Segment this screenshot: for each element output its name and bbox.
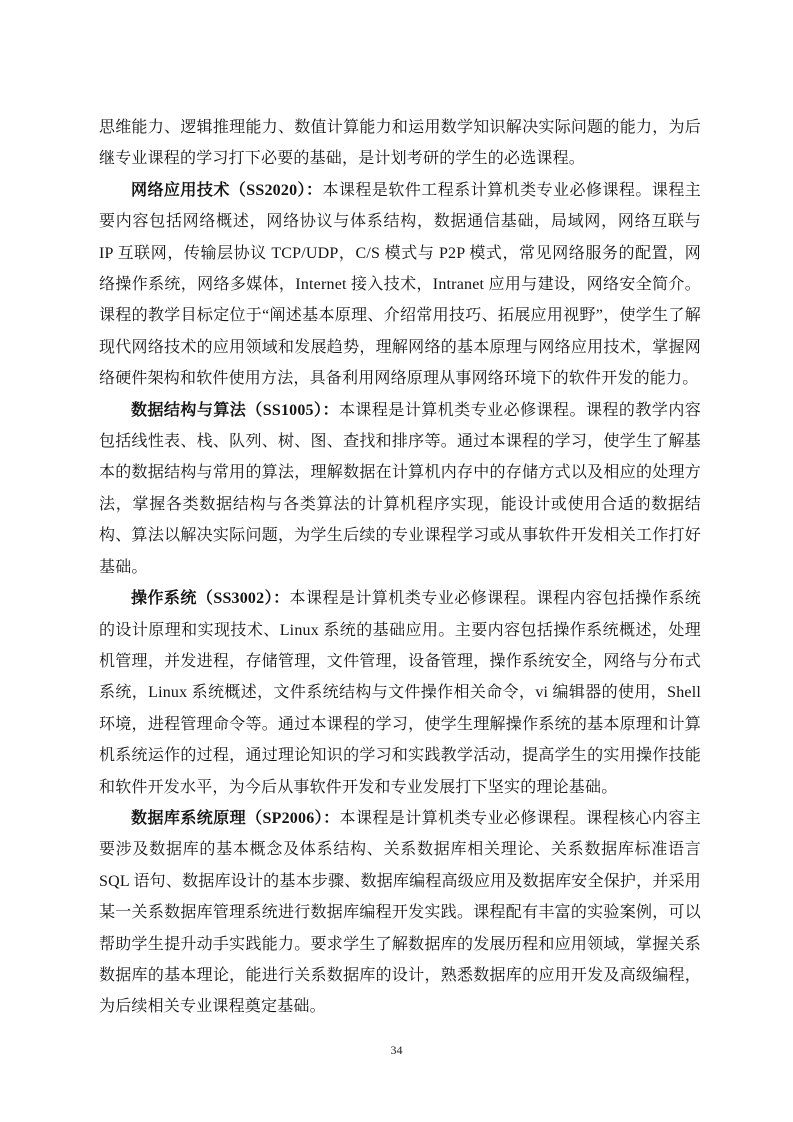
page-number: 34 [0, 1041, 793, 1059]
course-paragraph-network-applications: 网络应用技术（SS2020）：本课程是软件工程系计算机类专业必修课程。课程主要内… [99, 175, 701, 395]
paragraph-text: 思维能力、逻辑推理能力、数值计算能力和运用数学知识解决实际问题的能力，为后继专业… [99, 119, 701, 167]
course-description: 本课程是计算机类专业必修课程。课程的教学内容包括线性表、栈、队列、树、图、查找和… [99, 402, 701, 576]
course-title: 数据结构与算法（SS1005）： [131, 402, 339, 419]
document-body: 思维能力、逻辑推理能力、数值计算能力和运用数学知识解决实际问题的能力，为后继专业… [99, 112, 701, 1023]
course-paragraph-database-systems: 数据库系统原理（SP2006）：本课程是计算机类专业必修课程。课程核心内容主要涉… [99, 803, 701, 1023]
course-paragraph-data-structures: 数据结构与算法（SS1005）：本课程是计算机类专业必修课程。课程的教学内容包括… [99, 395, 701, 583]
course-paragraph-operating-systems: 操作系统（SS3002）：本课程是计算机类专业必修课程。课程内容包括操作系统的设… [99, 583, 701, 803]
course-title: 操作系统（SS3002）： [131, 590, 290, 607]
course-description: 本课程是计算机类专业必修课程。课程核心内容主要涉及数据库的基本概念及体系结构、关… [99, 810, 701, 1015]
course-description: 本课程是软件工程系计算机类专业必修课程。课程主要内容包括网络概述，网络协议与体系… [99, 182, 701, 387]
course-description: 本课程是计算机类专业必修课程。课程内容包括操作系统的设计原理和实现技术、Linu… [99, 590, 701, 795]
document-page: 思维能力、逻辑推理能力、数值计算能力和运用数学知识解决实际问题的能力，为后继专业… [0, 0, 793, 1122]
course-title: 数据库系统原理（SP2006）： [131, 810, 340, 827]
paragraph-continuation: 思维能力、逻辑推理能力、数值计算能力和运用数学知识解决实际问题的能力，为后继专业… [99, 112, 701, 175]
course-title: 网络应用技术（SS2020）： [131, 182, 322, 199]
